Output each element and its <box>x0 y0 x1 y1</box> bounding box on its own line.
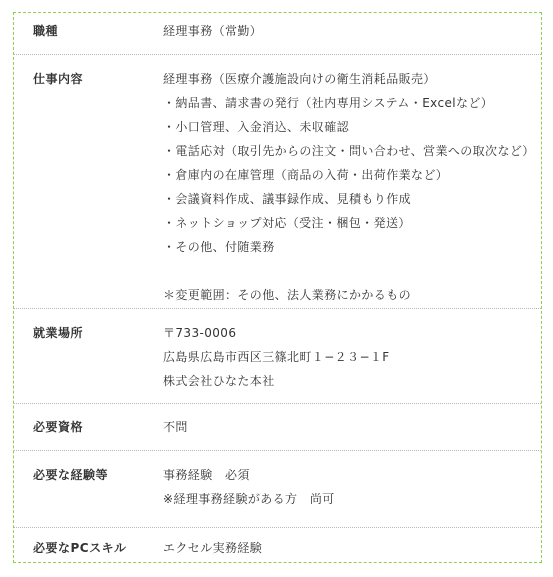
value-line-blank <box>163 259 537 283</box>
row-work-location: 就業場所 〒733-0006 広島県広島市西区三篠北町１−２３−１F 株式会社ひ… <box>14 308 541 403</box>
row-value: 経理事務（医療介護施設向けの衛生消耗品販売） ・納品書、請求書の発行（社内専用シ… <box>163 67 537 307</box>
postal-code: 〒733-0006 <box>163 321 537 345</box>
value-line: ・小口管理、入金消込、未収確認 <box>163 115 537 139</box>
row-required-experience: 必要な経験等 事務経験 必須 ※経理事務経験がある方 尚可 <box>14 450 541 527</box>
value-line: ・納品書、請求書の発行（社内専用システム・Excelなど） <box>163 91 537 115</box>
row-job-description: 仕事内容 経理事務（医療介護施設向けの衛生消耗品販売） ・納品書、請求書の発行（… <box>14 54 541 308</box>
row-label: 就業場所 <box>33 321 83 345</box>
row-required-qualifications: 必要資格 不問 <box>14 403 541 450</box>
value-line: 経理事務（医療介護施設向けの衛生消耗品販売） <box>163 67 537 91</box>
row-label: 必要資格 <box>33 415 83 439</box>
value-line: ＊変更範囲：その他、法人業務にかかるもの <box>163 283 537 307</box>
company-name: 株式会社ひなた本社 <box>163 369 537 393</box>
value-line: エクセル実務経験 <box>163 536 537 560</box>
row-value: 〒733-0006 広島県広島市西区三篠北町１−２３−１F 株式会社ひなた本社 <box>163 321 537 393</box>
value-line: 経理事務（常勤） <box>163 19 537 43</box>
row-value: エクセル実務経験 <box>163 536 537 560</box>
value-line: 事務経験 必須 <box>163 463 537 487</box>
job-details-table: 職種 経理事務（常勤） 仕事内容 経理事務（医療介護施設向けの衛生消耗品販売） … <box>13 12 542 563</box>
row-label: 必要なPCスキル <box>33 536 126 560</box>
row-label: 仕事内容 <box>33 67 83 91</box>
row-value: 事務経験 必須 ※経理事務経験がある方 尚可 <box>163 463 537 511</box>
value-line: ・倉庫内の在庫管理（商品の入荷・出荷作業など） <box>163 163 537 187</box>
value-line: ・会議資料作成、議事録作成、見積もり作成 <box>163 187 537 211</box>
row-label: 必要な経験等 <box>33 463 108 487</box>
row-label: 職種 <box>33 19 58 43</box>
row-required-pc-skills: 必要なPCスキル エクセル実務経験 <box>14 527 541 563</box>
row-value: 経理事務（常勤） <box>163 19 537 43</box>
value-line: ※経理事務経験がある方 尚可 <box>163 487 537 511</box>
value-line: 不問 <box>163 415 537 439</box>
address: 広島県広島市西区三篠北町１−２３−１F <box>163 345 537 369</box>
row-job-type: 職種 経理事務（常勤） <box>14 13 541 55</box>
value-line: ・ネットショップ対応（受注・梱包・発送） <box>163 211 537 235</box>
value-line: ・その他、付随業務 <box>163 235 537 259</box>
value-line: ・電話応対（取引先からの注文・問い合わせ、営業への取次など） <box>163 139 537 163</box>
row-value: 不問 <box>163 415 537 439</box>
